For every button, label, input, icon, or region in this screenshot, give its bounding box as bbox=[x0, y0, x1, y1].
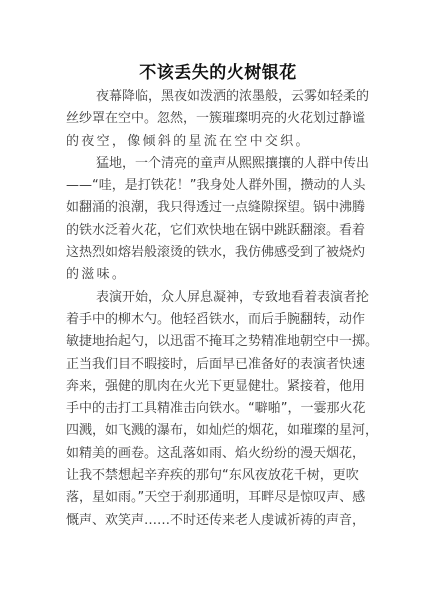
paragraph-3-line-3: 敏捷地抬起勺，以迅雷不掩耳之势精准地朝空中一掷。 bbox=[66, 331, 358, 353]
document-page: 不该丢失的火树银花 夜幕降临，黑夜如泼洒的浓墨般，云雾如轻柔的 丝纱罩在空中。忽… bbox=[0, 0, 424, 600]
paragraph-2-line-5: 这热烈如熔岩般滚烫的铁水，我仿佛感受到了被烧灼 bbox=[66, 242, 358, 264]
paragraph-2-line-2: ——“哇，是打铁花！”我身处人群外围，攒动的人头 bbox=[66, 175, 358, 197]
paragraph-3-line-9: 让我不禁想起辛弃疾的那句“东风夜放花千树，更吹 bbox=[66, 465, 358, 487]
paragraph-3-line-2: 着手中的柳木勺。他轻舀铁水，而后手腕翻转，动作 bbox=[66, 309, 358, 331]
paragraph-3-line-7: 四溅，如飞溅的瀑布，如灿烂的烟花，如璀璨的星河， bbox=[66, 420, 358, 442]
paragraph-3-line-5: 奔来，强健的肌肉在火光下更显健壮。紧接着，他用 bbox=[66, 376, 358, 398]
paragraph-1-line-3: 的夜空，像倾斜的星流在空中交织。 bbox=[66, 131, 358, 153]
paragraph-3-line-11: 慨声、欢笑声……不时还传来老人虔诚祈祷的声音， bbox=[66, 510, 358, 532]
paragraph-1-line-2: 丝纱罩在空中。忽然，一簇璀璨明亮的火花划过静谧 bbox=[66, 108, 358, 130]
paragraph-3-line-6: 手中的击打工具精准击向铁水。“噼啪”，一霎那火花 bbox=[66, 398, 358, 420]
paragraph-2-line-3: 如翻涌的浪潮，我只得透过一点缝隙探望。锅中沸腾 bbox=[66, 197, 358, 219]
paragraph-2-line-4: 的铁水泛着火花，它们欢快地在锅中跳跃翻滚。看着 bbox=[66, 220, 358, 242]
paragraph-2-line-6: 的滋味。 bbox=[66, 264, 358, 286]
paragraph-1-line-1: 夜幕降临，黑夜如泼洒的浓墨般，云雾如轻柔的 bbox=[66, 86, 358, 108]
article-body: 夜幕降临，黑夜如泼洒的浓墨般，云雾如轻柔的 丝纱罩在空中。忽然，一簇璀璨明亮的火… bbox=[66, 86, 358, 532]
paragraph-2-line-1: 猛地，一个清亮的童声从熙熙攘攘的人群中传出 bbox=[66, 153, 358, 175]
paragraph-3-line-1: 表演开始，众人屏息凝神，专致地看着表演者抡 bbox=[66, 287, 358, 309]
article-title: 不该丢失的火树银花 bbox=[0, 58, 424, 83]
paragraph-3-line-8: 如精美的画卷。这乱落如雨、焰火纷纷的漫天烟花， bbox=[66, 443, 358, 465]
paragraph-3-line-10: 落，星如雨。”天空于刹那通明，耳畔尽是惊叹声、感 bbox=[66, 487, 358, 509]
paragraph-3-line-4: 正当我们目不暇接时，后面早已准备好的表演者快速 bbox=[66, 354, 358, 376]
